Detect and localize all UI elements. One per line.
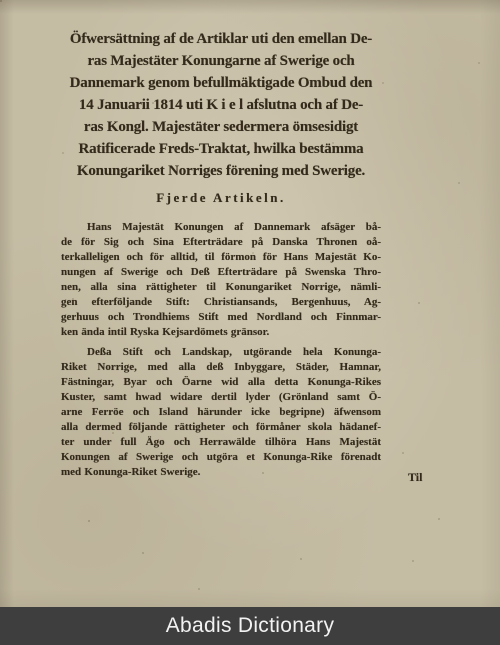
text-line: gen efterföljande Stift: Christiansands,…: [61, 295, 381, 310]
text-line: Deßa Stift och Landskap, utgörande hela …: [61, 345, 381, 360]
treaty-paragraph: Deßa Stift och Landskap, utgörande hela …: [61, 345, 381, 480]
text-line: Riket Norrige, med alla deß Inbyggare, S…: [61, 360, 381, 375]
screenshot-root: Öfwersättning af de Artiklar uti den eme…: [0, 0, 500, 645]
heading-line: Dannemark genom befullmäktigade Ombud de…: [61, 72, 381, 94]
heading-line: Öfwersättning af de Artiklar uti den eme…: [61, 28, 381, 50]
heading-line: Konungariket Norriges förening med Sweri…: [61, 160, 381, 182]
catchword-til: Til: [408, 470, 422, 485]
text-line: med Konunga-Riket Swerige.: [61, 465, 381, 480]
book-page: Öfwersättning af de Artiklar uti den eme…: [0, 0, 500, 607]
heading-line: Ratificerade Freds-Traktat, hwilka bestä…: [61, 138, 381, 160]
heading-line: ras Kongl. Majestäter sedermera ömsesidi…: [61, 116, 381, 138]
heading-line: 14 Januarii 1814 uti K i e l afslutna oc…: [61, 94, 381, 116]
heading-line: ras Majestäter Konungarne af Swerige och: [61, 50, 381, 72]
treaty-paragraph: Hans Majestät Konungen af Dannemark afsä…: [61, 220, 381, 340]
page-text-block: Öfwersättning af de Artiklar uti den eme…: [61, 28, 381, 480]
text-line: Fästningar, Byar och Öarne wid alla dett…: [61, 375, 381, 390]
text-line: Kuster, samt hwad widare dertil lyder (G…: [61, 390, 381, 405]
text-line: terkalleligen och för alltid, til förmon…: [61, 250, 381, 265]
text-line: Konungen af Swerige och utgöra et Konung…: [61, 450, 381, 465]
text-line: ken ända intil Ryska Kejsardömets gränso…: [61, 325, 381, 340]
text-line: nen, alla sina rättigheter til Konungari…: [61, 280, 381, 295]
text-line: nungen af Swerige och Deß Efterträdare p…: [61, 265, 381, 280]
text-line: arne Ferröe och Island härunder icke beg…: [61, 405, 381, 420]
text-line: de för Sig och Sina Efterträdare på Dans…: [61, 235, 381, 250]
text-line: alla dermed följande rättigheter och för…: [61, 420, 381, 435]
text-line: ter under full Ägo och Herrawälde tilhör…: [61, 435, 381, 450]
translation-heading: Öfwersättning af de Artiklar uti den eme…: [61, 28, 381, 182]
footer-bar: Abadis Dictionary: [0, 607, 500, 645]
footer-title: Abadis Dictionary: [166, 614, 335, 638]
text-line: Hans Majestät Konungen af Dannemark afsä…: [61, 220, 381, 235]
article-heading: Fjerde Artikeln.: [61, 189, 381, 207]
text-line: gerhuus och Trondhiems Stift med Nordlan…: [61, 310, 381, 325]
